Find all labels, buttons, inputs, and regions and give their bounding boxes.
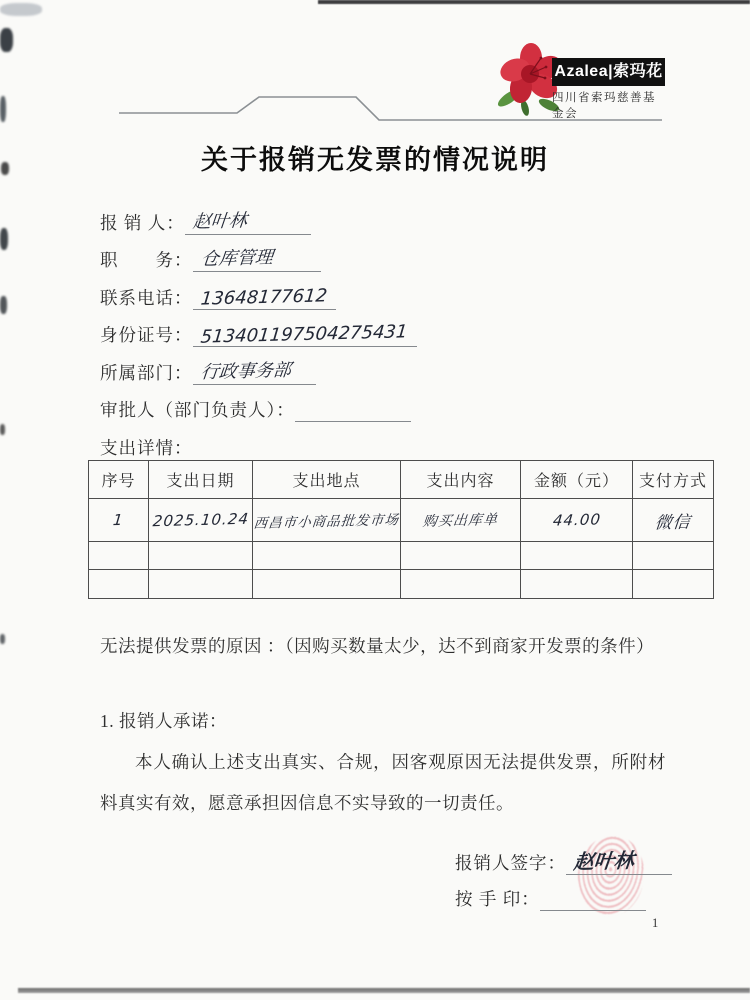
cell-no: 1 xyxy=(89,499,149,542)
field-row-id-number: 身份证号： 513401197504275431 xyxy=(100,315,660,353)
handwritten-value: 赵叶林 xyxy=(191,206,248,233)
field-label: 职 务： xyxy=(100,247,193,272)
table-row xyxy=(89,570,714,599)
header-content: 支出内容 xyxy=(401,461,521,499)
expense-details-heading: 支出详情： xyxy=(100,427,660,465)
field-row-position: 职 务： 仓库管理 xyxy=(100,240,660,278)
cell-place: 西昌市小商品批发市场 xyxy=(253,499,401,542)
field-label: 报 销 人： xyxy=(100,210,185,235)
cell-date xyxy=(149,570,253,599)
page-title: 关于报销无发票的情况说明 xyxy=(0,138,750,177)
field-underline xyxy=(295,400,411,422)
fingerprint-underline xyxy=(540,889,646,911)
signature-label: 报销人签字： xyxy=(455,850,566,875)
cell-amount xyxy=(521,570,633,599)
signer-signature: 赵叶林 xyxy=(573,844,636,875)
header-amount: 金额（元） xyxy=(521,461,633,499)
scan-artifact-blob xyxy=(0,634,5,644)
signature-row: 报销人签字： 赵叶林 xyxy=(455,843,715,879)
cell-method xyxy=(633,570,714,599)
cell-content xyxy=(401,542,521,570)
scan-artifact-bottom-edge xyxy=(18,988,750,993)
promise-heading: 1. 报销人承诺： xyxy=(100,708,227,733)
form-fields: 报 销 人： 赵叶林 职 务： 仓库管理 联系电话： 13648177612 身… xyxy=(100,202,660,465)
handwritten-value: 513401197504275431 xyxy=(199,321,408,347)
field-row-reimburser: 报 销 人： 赵叶林 xyxy=(100,202,660,240)
field-row-approver: 审批人（部门负责人）： xyxy=(100,390,660,428)
table-row: 1 2025.10.24 西昌市小商品批发市场 购买出库单 44.00 微信 xyxy=(89,499,714,542)
no-invoice-reason-text: 无法提供发票的原因 ：（因购买数量太少，达不到商家开发票的条件） xyxy=(100,626,666,666)
field-underline: 513401197504275431 xyxy=(193,324,417,347)
scan-artifact-blob xyxy=(0,424,5,435)
cell-amount xyxy=(521,542,633,570)
header-no: 序号 xyxy=(89,461,149,499)
cell-place xyxy=(253,542,401,570)
signature-block: 报销人签字： 赵叶林 按 手 印： xyxy=(455,843,715,915)
header-date: 支出日期 xyxy=(149,461,253,499)
scan-artifact-blob xyxy=(0,296,7,314)
field-label: 身份证号： xyxy=(100,322,193,347)
cell-method: 微信 xyxy=(633,499,714,542)
field-underline: 行政事务部 xyxy=(193,357,316,385)
field-underline: 赵叶林 xyxy=(185,207,311,235)
field-label: 所属部门： xyxy=(100,360,193,385)
cell-no xyxy=(89,542,149,570)
fingerprint-label: 按 手 印： xyxy=(455,886,540,911)
cell-date xyxy=(149,542,253,570)
scan-artifact-blob xyxy=(0,228,8,250)
page-number: 1 xyxy=(652,916,658,931)
field-row-department: 所属部门： 行政事务部 xyxy=(100,352,660,390)
cell-content xyxy=(401,570,521,599)
cell-method xyxy=(633,542,714,570)
header-place: 支出地点 xyxy=(253,461,401,499)
cell-place xyxy=(253,570,401,599)
expense-table: 序号 支出日期 支出地点 支出内容 金额（元） 支付方式 1 2025.10.2… xyxy=(88,460,714,599)
handwritten-value: 13648177612 xyxy=(199,285,327,309)
org-name: 四川省索玛慈善基金会 xyxy=(552,89,667,121)
field-underline: 13648177612 xyxy=(193,287,337,310)
cell-content: 购买出库单 xyxy=(401,499,521,542)
field-row-phone: 联系电话： 13648177612 xyxy=(100,277,660,315)
brand-name: Azalea|索玛花 xyxy=(554,63,662,80)
promise-body-text: 本人确认上述支出真实、合规，因客观原因无法提供发票，所附材料真实有效，愿意承担因… xyxy=(100,742,666,824)
handwritten-value: 行政事务部 xyxy=(199,355,292,383)
handwritten-value: 仓库管理 xyxy=(199,243,274,271)
brand-logo-box: Azalea|索玛花 xyxy=(552,58,665,86)
field-label: 联系电话： xyxy=(100,285,193,310)
fingerprint-row: 按 手 印： xyxy=(455,879,715,915)
cell-no xyxy=(89,570,149,599)
header-method: 支付方式 xyxy=(633,461,714,499)
field-underline: 仓库管理 xyxy=(193,244,321,272)
field-label: 审批人（部门负责人）： xyxy=(100,397,295,422)
table-row xyxy=(89,542,714,570)
table-header-row: 序号 支出日期 支出地点 支出内容 金额（元） 支付方式 xyxy=(89,461,714,499)
signature-underline: 赵叶林 xyxy=(566,845,672,875)
cell-date: 2025.10.24 xyxy=(149,499,253,542)
cell-amount: 44.00 xyxy=(521,499,633,542)
